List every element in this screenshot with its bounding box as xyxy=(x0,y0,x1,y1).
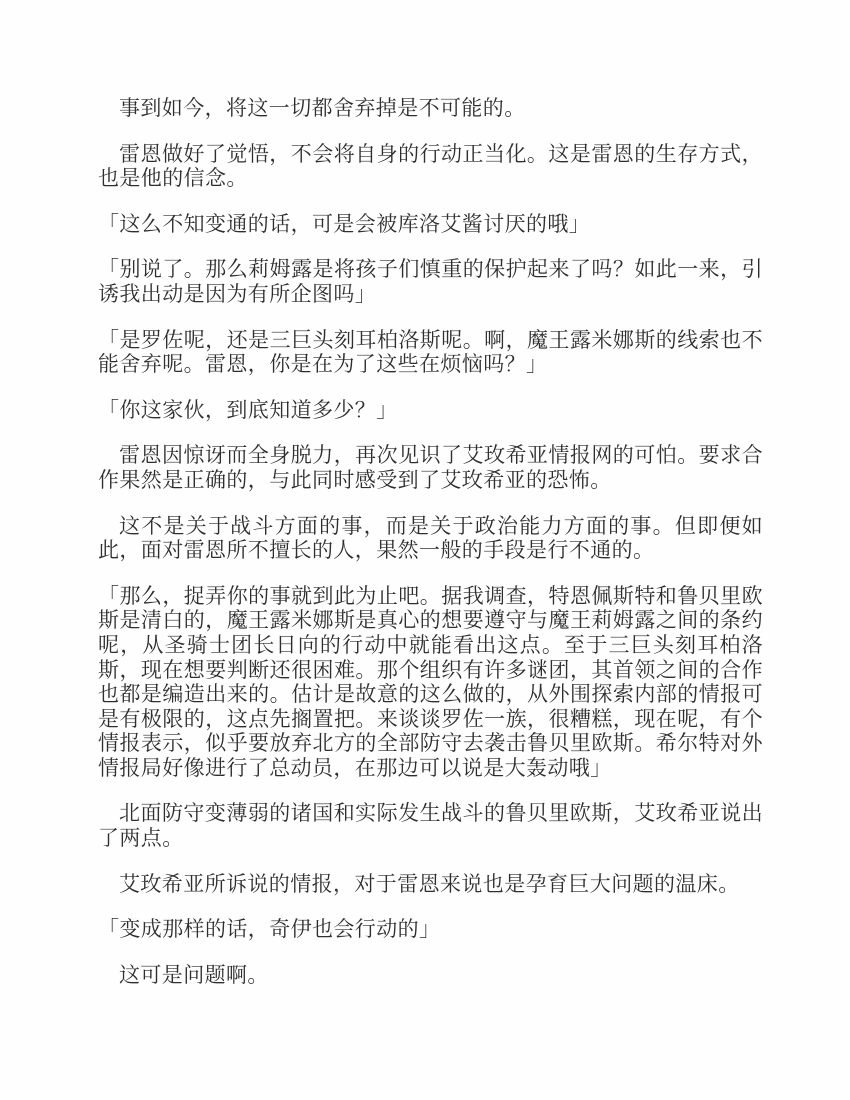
paragraph: 雷恩因惊讶而全身脱力，再次见识了艾玫希亚情报网的可怕。要求合作果然是正确的，与此… xyxy=(98,443,763,492)
dialogue-paragraph: 「那么，捉弄你的事就到此为止吧。据我调查，特恩佩斯特和鲁贝里欧斯是清白的，魔王露… xyxy=(98,584,763,781)
dialogue-paragraph: 「这么不知变通的话，可是会被库洛艾酱讨厌的哦」 xyxy=(98,212,763,237)
paragraph: 这不是关于战斗方面的事，而是关于政治能力方面的事。但即便如此，面对雷恩所不擅长的… xyxy=(98,514,763,563)
dialogue-paragraph: 「变成那样的话，奇伊也会行动的」 xyxy=(98,917,763,942)
dialogue-paragraph: 「别说了。那么莉姆露是将孩子们慎重的保护起来了吗？如此一来，引诱我出动是因为有所… xyxy=(98,257,763,306)
paragraph: 艾玫希亚所诉说的情报，对于雷恩来说也是孕育巨大问题的温床。 xyxy=(98,872,763,897)
dialogue-paragraph: 「是罗佐呢，还是三巨头刻耳柏洛斯呢。啊，魔王露米娜斯的线索也不能舍弃呢。雷恩，你… xyxy=(98,328,763,377)
paragraph: 北面防守变薄弱的诸国和实际发生战斗的鲁贝里欧斯，艾玫希亚说出了两点。 xyxy=(98,801,763,850)
paragraph: 事到如今，将这一切都舍弃掉是不可能的。 xyxy=(98,96,763,121)
dialogue-paragraph: 「你这家伙，到底知道多少？」 xyxy=(98,398,763,423)
paragraph: 这可是问题啊。 xyxy=(98,963,763,988)
paragraph: 雷恩做好了觉悟，不会将自身的行动正当化。这是雷恩的生存方式，也是他的信念。 xyxy=(98,142,763,191)
novel-text-page: 事到如今，将这一切都舍弃掉是不可能的。 雷恩做好了觉悟，不会将自身的行动正当化。… xyxy=(98,96,763,987)
